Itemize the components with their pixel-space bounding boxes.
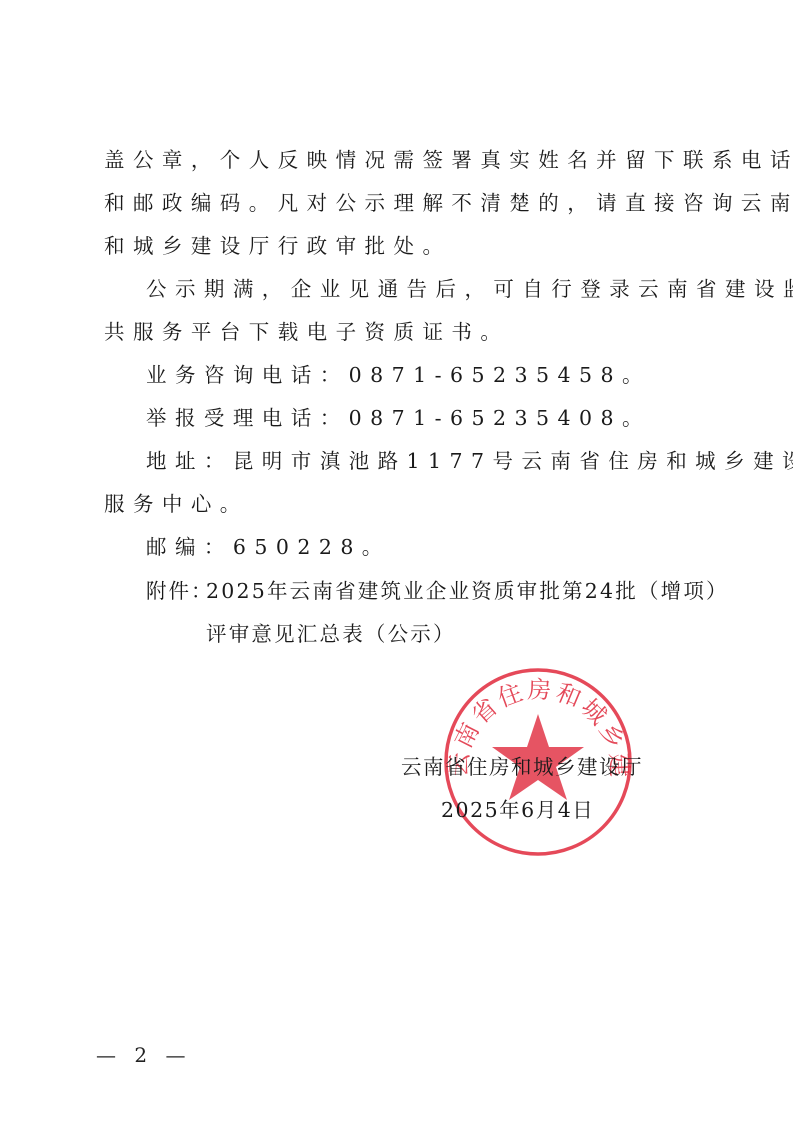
body-line: 和城乡建设厅行政审批处。 xyxy=(104,232,451,260)
body-line: 和邮政编码。凡对公示理解不清楚的，请直接咨询云南省住房 xyxy=(104,189,793,217)
body-line: 共服务平台下载电子资质证书。 xyxy=(104,318,509,346)
body-line: 公示期满，企业见通告后，可自行登录云南省建设监管公 xyxy=(146,275,793,303)
address-line: 地址：昆明市滇池路1177号云南省住房和城乡建设厅政务 xyxy=(146,447,793,475)
attachment-title-line2: 评审意见汇总表（公示） xyxy=(206,620,456,648)
issuing-organization: 云南省住房和城乡建设厅 xyxy=(401,753,643,781)
issue-date: 2025年6月4日 xyxy=(441,796,594,824)
postcode: 邮编：650228。 xyxy=(146,533,391,561)
body-line: 盖公章，个人反映情况需签署真实姓名并留下联系电话、地址 xyxy=(104,146,793,174)
report-phone: 举报受理电话：0871-65235408。 xyxy=(146,404,651,432)
consult-phone: 业务咨询电话：0871-65235458。 xyxy=(146,361,651,389)
attachment-label: 附件： xyxy=(146,577,214,605)
attachment-title-line1: 2025年云南省建筑业企业资质审批第24批（增项） xyxy=(206,577,729,605)
address-line: 服务中心。 xyxy=(104,490,249,518)
page-number: — 2 — xyxy=(96,1043,191,1067)
